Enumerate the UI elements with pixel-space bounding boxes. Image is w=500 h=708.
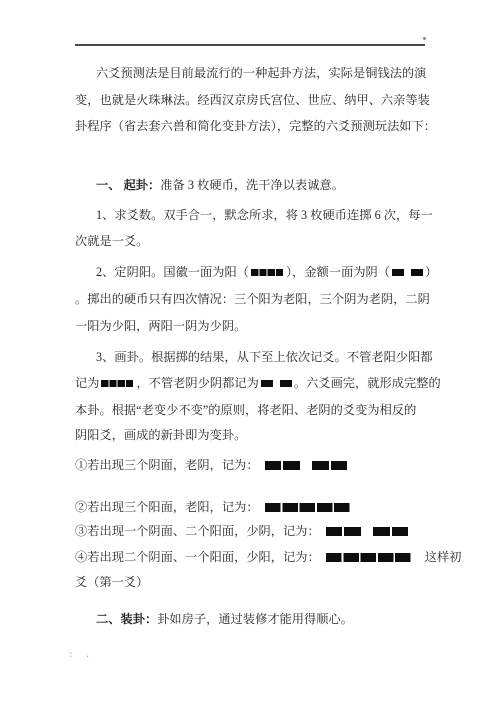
young-yin-bar-icon [326, 527, 408, 536]
section1-heading: 一、 起卦：准备 3 枚硬币，洗干净以表诚意。 [75, 177, 475, 194]
section2-heading-text: 卦如房子，通过装修才能用得顺心。 [157, 612, 353, 626]
step2-text-post: ） [425, 265, 437, 279]
section1-heading-label: 一、 起卦： [96, 178, 160, 192]
young-yang-bar-icon [326, 553, 411, 562]
page-artifact-marks: : . [68, 650, 93, 660]
yin-bar-icon [392, 269, 423, 276]
rule-end-dot [423, 37, 426, 40]
step1-line-1: 1、求爻数。双手合一，默念所求，将 3 枚硬币连掷 6 次，每一 [75, 207, 475, 224]
case3-text: ③若出现一个阴面、二个阳面，少阴，记为： [75, 524, 320, 538]
step2-text-pre: 2、定阴阳。国徽一面为阳（ [96, 265, 249, 279]
header-rule [75, 44, 425, 46]
case1-text: ①若出现三个阴面，老阴，记为： [75, 458, 259, 472]
step3-line-2: 记为，不管老阴少阴都记为。六爻画完，就形成完整的 [75, 375, 475, 392]
step1-text-2: 次就是一爻。 [75, 234, 148, 248]
step3-text-pre: 记为 [75, 376, 99, 390]
step1-line-2: 次就是一爻。 [75, 233, 475, 250]
case-item-4-cont: 爻（第一爻） [75, 574, 475, 591]
case2-text: ②若出现三个阳面，老阳，记为： [75, 500, 259, 514]
yin-bar-icon [261, 380, 292, 387]
intro-line-1: 六爻预测法是目前最流行的一种起卦方法，实际是铜钱法的演 [75, 65, 475, 82]
step3-text-1: 3、画卦。根据掷的结果，从下至上依次记爻。不管老阳少阳都 [96, 350, 433, 364]
step3-text-post: 。六爻画完，就形成完整的 [294, 376, 441, 390]
case-item-4: ④若出现二个阴面、一个阳面，少阳，记为：这样初 [75, 549, 475, 566]
step2-text-3: 一阳为少阳，两阳一阴为少阴。 [75, 319, 246, 333]
section2-heading: 二、装卦：卦如房子，通过装修才能用得顺心。 [75, 611, 475, 628]
step3-line-1: 3、画卦。根据掷的结果，从下至上依次记爻。不管老阳少阳都 [75, 349, 475, 366]
intro-text-2: 变，也就是火珠琳法。经西汉京房氏宫位、世应、纳甲、六亲等装 [75, 93, 430, 107]
case4-text-post: 这样初 [425, 550, 462, 564]
step2-line-3: 一阳为少阳，两阳一阴为少阴。 [75, 318, 475, 335]
intro-line-2: 变，也就是火珠琳法。经西汉京房氏宫位、世应、纳甲、六亲等装 [75, 92, 475, 109]
step3-text-3: 本卦。根据“老变少不变”的原则，将老阳、老阴的爻变为相反的 [75, 403, 416, 417]
case4-text: ④若出现二个阴面、一个阳面，少阳，记为： [75, 550, 320, 564]
intro-text-3: 卦程序（省去套六兽和简化变卦方法），完整的六爻预测玩法如下： [75, 119, 436, 133]
intro-text-1: 六爻预测法是目前最流行的一种起卦方法，实际是铜钱法的演 [96, 66, 426, 80]
case-item-3: ③若出现一个阴面、二个阳面，少阴，记为： [75, 523, 475, 540]
yang-bar-icon [101, 380, 134, 387]
case4-cont-text: 爻（第一爻） [75, 575, 148, 589]
step3-line-3: 本卦。根据“老变少不变”的原则，将老阳、老阴的爻变为相反的 [75, 402, 475, 419]
section2-heading-label: 二、装卦： [96, 612, 157, 626]
step2-text-2: 。掷出的硬币只有四次情况：三个阳为老阳，三个阴为老阴，二阴 [75, 292, 430, 306]
step2-line-1: 2、定阴阳。国徽一面为阳（），金额一面为阴（） [75, 264, 475, 281]
case-item-2: ②若出现三个阳面，老阳，记为： [75, 499, 475, 516]
step2-line-2: 。掷出的硬币只有四次情况：三个阳为老阳，三个阴为老阴，二阴 [75, 291, 475, 308]
old-yin-bar-icon [265, 461, 347, 470]
step3-text-4: 阴阳爻，画成的新卦即为变卦。 [75, 428, 246, 442]
section1-heading-text: 准备 3 枚硬币，洗干净以表诚意。 [160, 178, 344, 192]
intro-line-3: 卦程序（省去套六兽和简化变卦方法），完整的六爻预测玩法如下： [75, 118, 475, 135]
step2-text-mid: ），金额一面为阴（ [286, 265, 390, 279]
yang-bar-icon [251, 269, 284, 276]
case-item-1: ①若出现三个阴面，老阴，记为： [75, 457, 475, 474]
old-yang-bar-icon [265, 503, 350, 512]
step1-text-1: 1、求爻数。双手合一，默念所求，将 3 枚硬币连掷 6 次，每一 [96, 208, 433, 222]
step3-line-4: 阴阳爻，画成的新卦即为变卦。 [75, 427, 475, 444]
document-page: 六爻预测法是目前最流行的一种起卦方法，实际是铜钱法的演 变，也就是火珠琳法。经西… [0, 0, 500, 708]
step3-text-mid: ，不管老阴少阴都记为 [136, 376, 258, 390]
